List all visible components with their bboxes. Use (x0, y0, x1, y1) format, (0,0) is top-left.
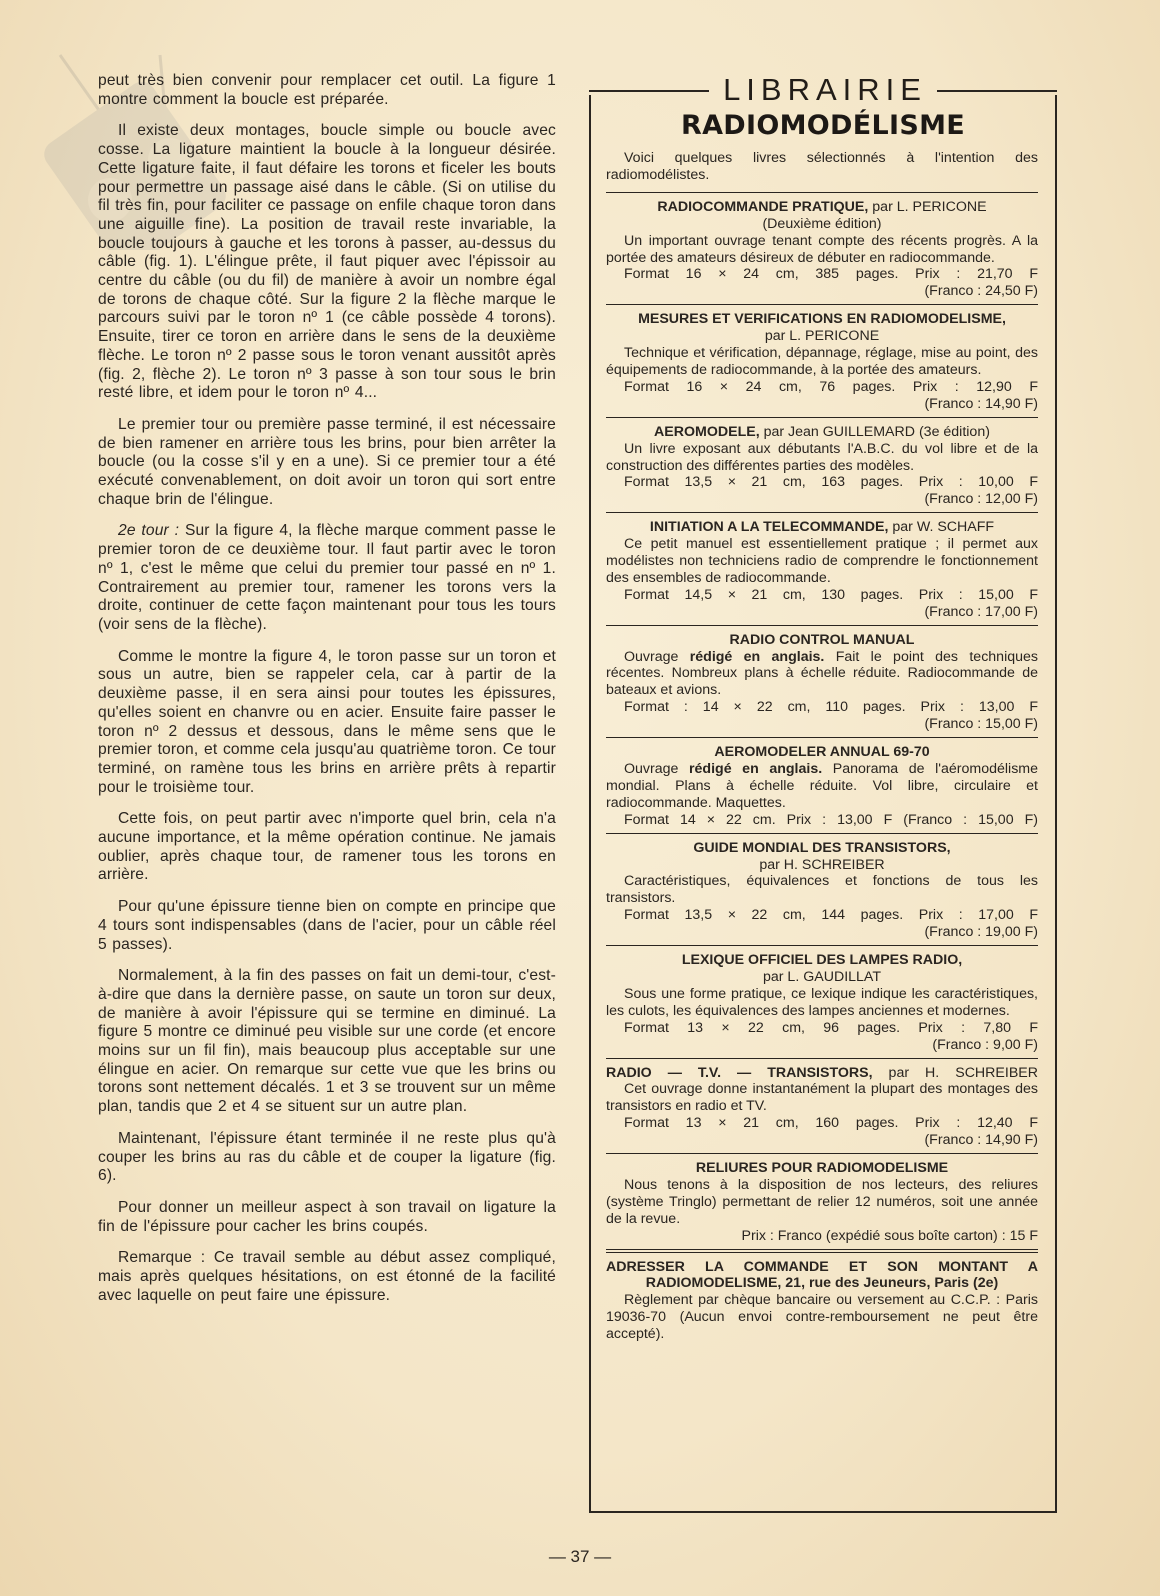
book-title: AEROMODELE, (654, 424, 760, 440)
book-author: par H. SCHREIBER (606, 857, 1038, 874)
book-description: Sous une forme pratique, ce lexique indi… (606, 986, 1038, 1020)
book-author: par Jean GUILLEMARD (3e édition) (760, 424, 990, 440)
article-paragraph: Il existe deux montages, boucle simple o… (98, 122, 556, 403)
book-entry: INITIATION A LA TELECOMMANDE, par W. SCH… (606, 512, 1038, 624)
heading-rule-right (937, 90, 1057, 92)
binder-price: Prix : Franco (expédié sous boîte carton… (606, 1228, 1038, 1245)
book-list: Voici quelques livres sélectionnés à l'i… (606, 150, 1038, 1347)
binder-entry: RELIURES POUR RADIOMODELISME Nous tenons… (606, 1153, 1038, 1249)
order-address: RADIOMODELISME, 21, rue des Jeuneurs, Pa… (606, 1275, 1038, 1292)
book-format-price: Format 13 × 21 cm, 160 pages. Prix : 12,… (606, 1115, 1038, 1132)
book-title: INITIATION A LA TELECOMMANDE, (650, 519, 889, 535)
book-description: Un important ouvrage tenant compte des r… (606, 233, 1038, 267)
book-entry: AEROMODELER ANNUAL 69-70 Ouvrage rédigé … (606, 737, 1038, 833)
article-text-column: peut très bien convenir pour remplacer c… (98, 72, 556, 1318)
book-format-price: Format 13 × 22 cm, 96 pages. Prix : 7,80… (606, 1020, 1038, 1037)
book-title: RADIO — T.V. — TRANSISTORS, (606, 1065, 873, 1081)
article-paragraph: Remarque : Ce travail semble au début as… (98, 1249, 556, 1305)
librairie-heading: LIBRAIRIE (589, 72, 1057, 108)
book-format-price: Format 13,5 × 22 cm, 144 pages. Prix : 1… (606, 907, 1038, 924)
binder-title-line: RELIURES POUR RADIOMODELISME (606, 1160, 1038, 1177)
librairie-title: LIBRAIRIE (709, 72, 937, 108)
book-title: RADIO CONTROL MANUAL (730, 632, 915, 648)
book-title-line: LEXIQUE OFFICIEL DES LAMPES RADIO, (606, 952, 1038, 969)
article-paragraph: Cette fois, on peut partir avec n'import… (98, 810, 556, 885)
book-description: Ouvrage rédigé en anglais. Fait le point… (606, 649, 1038, 700)
page-number: — 37 — (0, 1547, 1160, 1567)
order-line-1: ADRESSER LA COMMANDE ET SON MONTANT A (606, 1259, 1038, 1276)
binder-description: Nous tenons à la disposition de nos lect… (606, 1177, 1038, 1228)
book-format-price: Format 13,5 × 21 cm, 163 pages. Prix : 1… (606, 474, 1038, 491)
book-entry: LEXIQUE OFFICIEL DES LAMPES RADIO, par L… (606, 945, 1038, 1057)
librairie-subtitle: RADIOMODÉLISME (589, 110, 1057, 141)
book-title-line: INITIATION A LA TELECOMMANDE, par W. SCH… (606, 519, 1038, 536)
book-author: par L. GAUDILLAT (606, 969, 1038, 986)
order-instructions: ADRESSER LA COMMANDE ET SON MONTANT A RA… (606, 1249, 1038, 1348)
heading-rule-left (589, 90, 709, 92)
book-franco-price: (Franco : 17,00 F) (606, 604, 1038, 621)
article-paragraph: Pour donner un meilleur aspect à son tra… (98, 1199, 556, 1236)
article-paragraph: peut très bien convenir pour remplacer c… (98, 72, 556, 109)
book-entry: RADIO CONTROL MANUAL Ouvrage rédigé en a… (606, 625, 1038, 737)
book-description: Ce petit manuel est essentiellement prat… (606, 536, 1038, 587)
book-franco-price: (Franco : 12,00 F) (606, 491, 1038, 508)
book-description: Ouvrage rédigé en anglais. Panorama de l… (606, 761, 1038, 812)
book-entry: GUIDE MONDIAL DES TRANSISTORS, par H. SC… (606, 833, 1038, 945)
book-entry: RADIO — T.V. — TRANSISTORS, par H. SCHRE… (606, 1058, 1038, 1154)
book-author: par L. PERICONE (606, 328, 1038, 345)
book-author: par H. SCHREIBER (873, 1065, 1038, 1081)
book-description: Un livre exposant aux débutants l'A.B.C.… (606, 441, 1038, 475)
book-title-line: GUIDE MONDIAL DES TRANSISTORS, (606, 840, 1038, 857)
book-title-line: AEROMODELER ANNUAL 69-70 (606, 744, 1038, 761)
desc-prefix: Ouvrage (624, 761, 689, 777)
book-entry: AEROMODELE, par Jean GUILLEMARD (3e édit… (606, 417, 1038, 513)
book-franco-price: (Franco : 14,90 F) (606, 1132, 1038, 1149)
book-author: par W. SCHAFF (888, 519, 994, 535)
second-tour-label: 2e tour : (118, 522, 179, 539)
book-franco-price: (Franco : 19,00 F) (606, 924, 1038, 941)
book-format-price: Format : 14 × 22 cm, 110 pages. Prix : 1… (606, 699, 1038, 716)
article-paragraph-second-tour: 2e tour : Sur la figure 4, la flèche mar… (98, 522, 556, 634)
book-title-line: MESURES ET VERIFICATIONS EN RADIOMODELIS… (606, 311, 1038, 328)
book-format-price: Format 16 × 24 cm, 76 pages. Prix : 12,9… (606, 379, 1038, 396)
book-format-price: Format 14,5 × 21 cm, 130 pages. Prix : 1… (606, 587, 1038, 604)
article-paragraph: Comme le montre la figure 4, le toron pa… (98, 648, 556, 798)
desc-bold: rédigé en anglais. (690, 649, 825, 665)
book-description: Cet ouvrage donne instantanément la plup… (606, 1081, 1038, 1115)
book-franco-price: (Franco : 15,00 F) (606, 716, 1038, 733)
book-description: Technique et vérification, dépannage, ré… (606, 345, 1038, 379)
book-entry: RADIOCOMMANDE PRATIQUE, par L. PERICONE … (606, 192, 1038, 304)
article-paragraph: Pour qu'une épissure tienne bien on comp… (98, 898, 556, 954)
book-title-line: RADIO — T.V. — TRANSISTORS, par H. SCHRE… (606, 1065, 1038, 1082)
article-paragraph: Le premier tour ou première passe termin… (98, 416, 556, 510)
book-franco-price: (Franco : 24,50 F) (606, 283, 1038, 300)
book-title-line: RADIOCOMMANDE PRATIQUE, par L. PERICONE (606, 199, 1038, 216)
book-title: GUIDE MONDIAL DES TRANSISTORS, (693, 840, 950, 856)
book-franco-price: (Franco : 9,00 F) (606, 1037, 1038, 1054)
article-paragraph: Normalement, à la fin des passes on fait… (98, 967, 556, 1117)
book-title: MESURES ET VERIFICATIONS EN RADIOMODELIS… (638, 311, 1006, 327)
article-paragraph: Maintenant, l'épissure étant terminée il… (98, 1130, 556, 1186)
book-title: LEXIQUE OFFICIEL DES LAMPES RADIO, (682, 952, 962, 968)
book-title-line: RADIO CONTROL MANUAL (606, 632, 1038, 649)
book-edition: (Deuxième édition) (606, 216, 1038, 233)
book-format-price: Format 16 × 24 cm, 385 pages. Prix : 21,… (606, 266, 1038, 283)
book-entry: MESURES ET VERIFICATIONS EN RADIOMODELIS… (606, 304, 1038, 416)
book-franco-price: (Franco : 14,90 F) (606, 396, 1038, 413)
book-description: Caractéristiques, équivalences et foncti… (606, 873, 1038, 907)
order-payment-text: Règlement par chèque bancaire ou verseme… (606, 1292, 1038, 1343)
desc-prefix: Ouvrage (624, 649, 690, 665)
book-title: AEROMODELER ANNUAL 69-70 (714, 744, 929, 760)
desc-bold: rédigé en anglais. (689, 761, 822, 777)
book-format-price: Format 14 × 22 cm. Prix : 13,00 F (Franc… (606, 812, 1038, 829)
book-title-line: AEROMODELE, par Jean GUILLEMARD (3e édit… (606, 424, 1038, 441)
librairie-intro: Voici quelques livres sélectionnés à l'i… (606, 150, 1038, 184)
binder-title: RELIURES POUR RADIOMODELISME (696, 1160, 948, 1176)
book-author: par L. PERICONE (868, 199, 986, 215)
book-title: RADIOCOMMANDE PRATIQUE, (657, 199, 868, 215)
